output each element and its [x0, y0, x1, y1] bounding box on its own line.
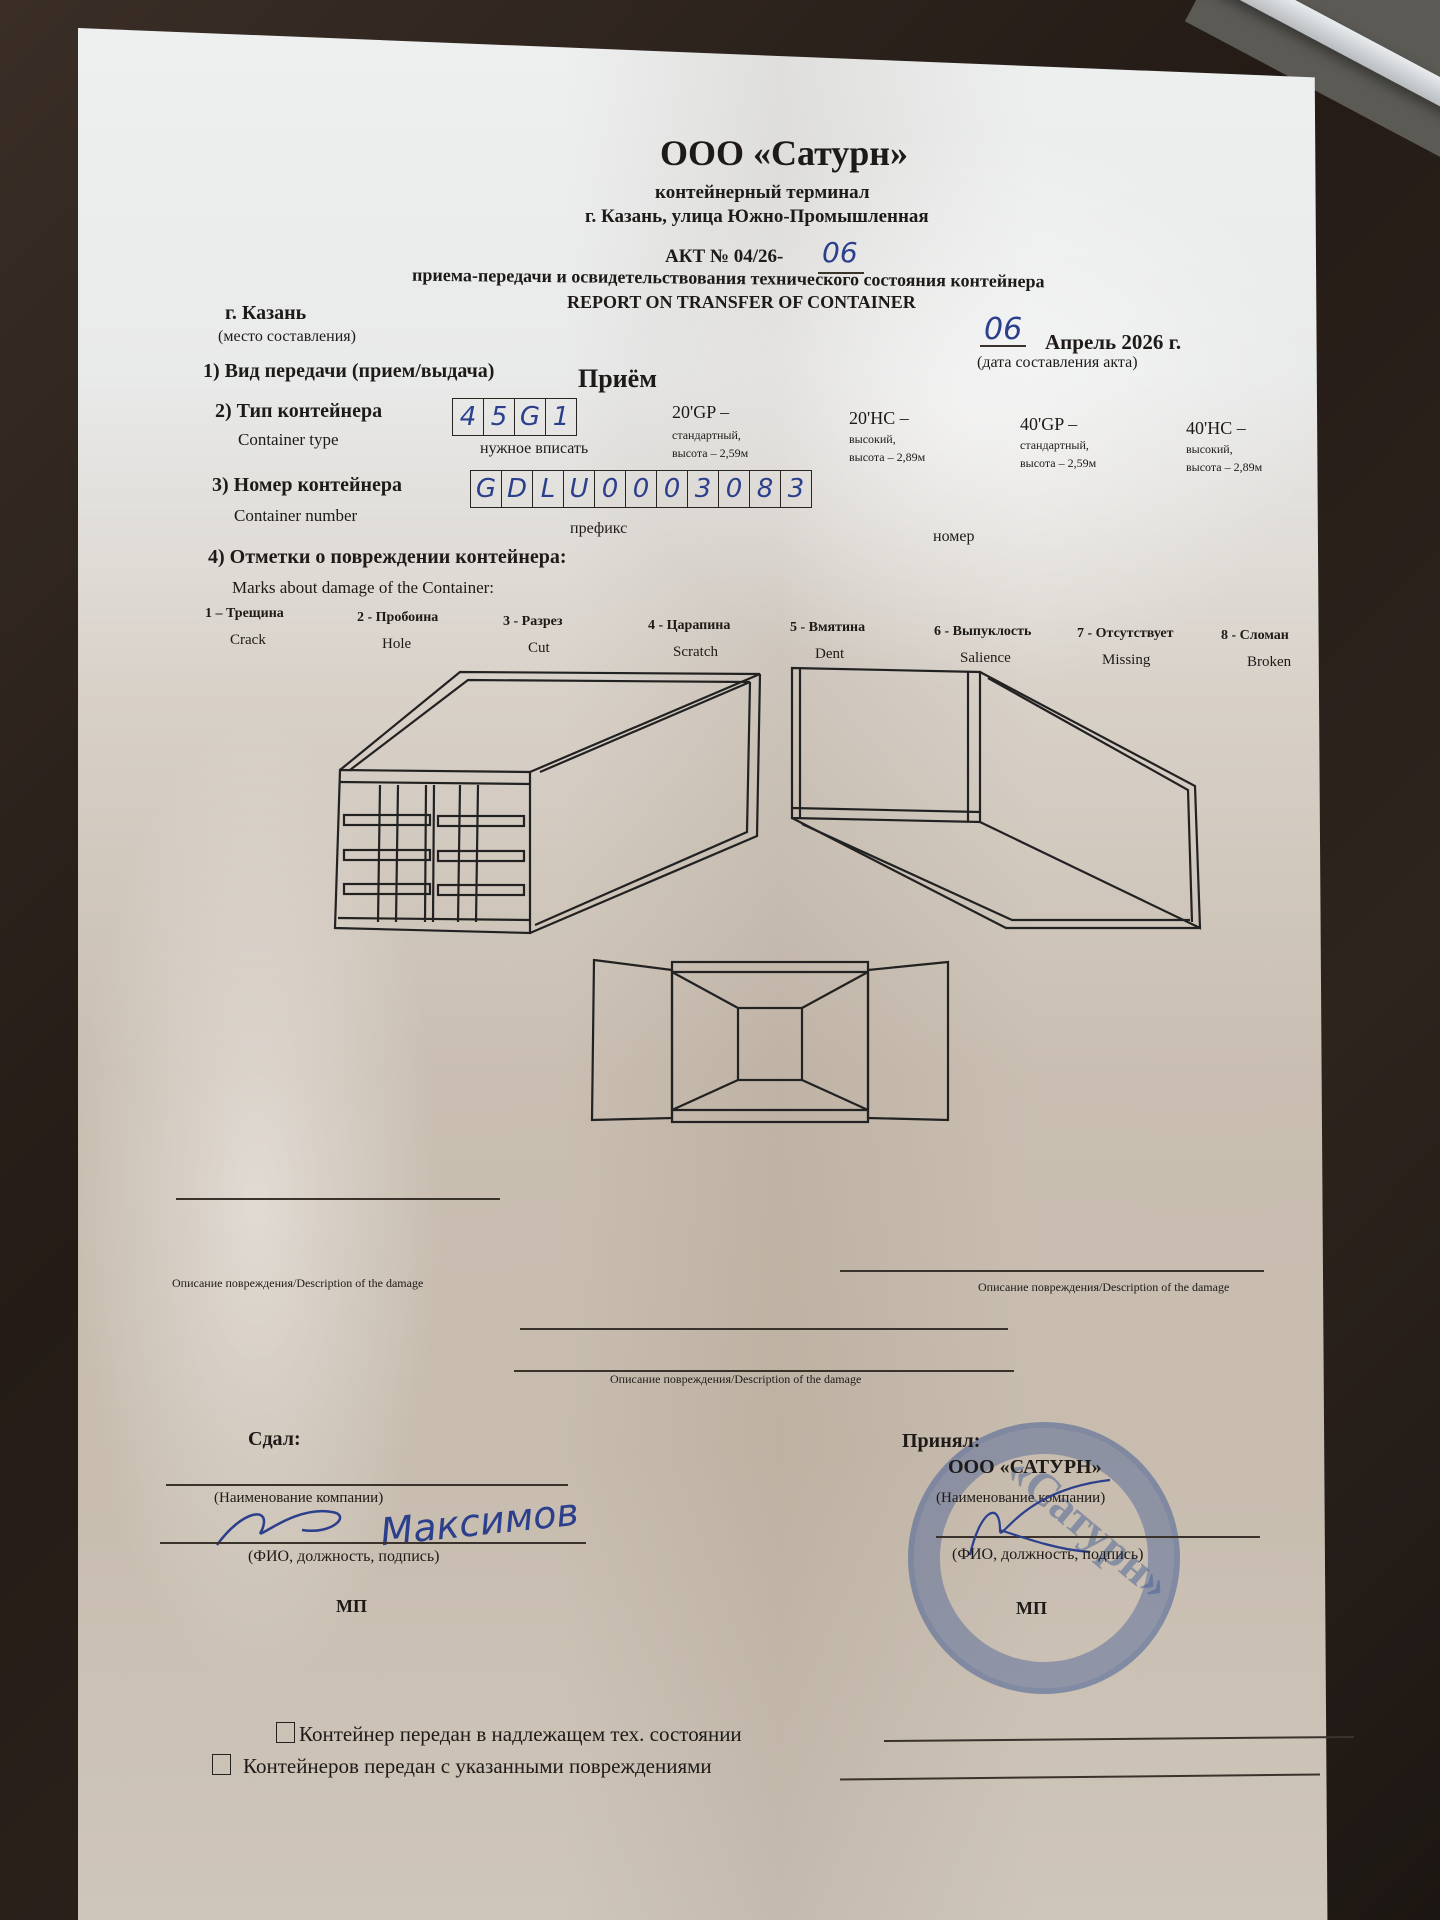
prefix-caption: префикс	[570, 520, 627, 538]
container-type-boxes[interactable]: 4 5 G 1	[452, 398, 577, 436]
company-address: г. Казань, улица Южно-Промышленная	[585, 206, 929, 228]
date-caption: (дата составления акта)	[977, 354, 1138, 372]
damage-description-caption-3: Описание повреждения/Description of the …	[610, 1372, 861, 1387]
number-box[interactable]: 0	[657, 471, 688, 507]
handed-over-person-line[interactable]	[160, 1542, 586, 1544]
checkbox[interactable]	[212, 1754, 231, 1775]
accepted-person-caption: (ФИО, должность, подпись)	[952, 1546, 1144, 1564]
damage-description-line-1[interactable]	[176, 1198, 500, 1200]
handed-over-title: Сдал:	[248, 1428, 301, 1451]
number-box[interactable]: 3	[688, 471, 719, 507]
damage-description-caption-1: Описание повреждения/Description of the …	[172, 1276, 423, 1291]
container-type-label-en: Container type	[238, 430, 339, 450]
number-box[interactable]: 0	[626, 471, 657, 507]
company-subtitle: контейнерный терминал	[655, 182, 870, 204]
damage-code: 2 - Пробоина	[357, 610, 438, 626]
damage-code: 7 - Отсутствует	[1077, 626, 1174, 642]
number-box[interactable]: 3	[781, 471, 811, 507]
checkbox-row-good-condition[interactable]: Контейнер передан в надлежащем тех. сост…	[276, 1722, 742, 1747]
date-day-handwritten: 06	[984, 312, 1022, 347]
date-month-year: Апрель 2026 г.	[1045, 330, 1181, 355]
container-diagram-rear-end[interactable]	[790, 666, 1210, 936]
container-number-boxes[interactable]: G D L U 0 0 0 3 0 8 3	[470, 470, 812, 508]
checkbox-row-with-damage[interactable]: Контейнеров передан с указанными поврежд…	[212, 1754, 712, 1779]
handed-over-company-line[interactable]	[166, 1484, 568, 1486]
damage-code: 5 - Вмятина	[790, 620, 865, 636]
act-title-en: REPORT ON TRANSFER OF CONTAINER	[567, 292, 916, 313]
accepted-title: Принял:	[902, 1430, 980, 1453]
damage-label-en: Marks about damage of the Container:	[232, 578, 494, 598]
checkbox[interactable]	[276, 1722, 295, 1743]
container-diagram-door-end[interactable]	[330, 660, 770, 940]
damage-code: 4 - Царапина	[648, 618, 730, 634]
number-box[interactable]: 8	[750, 471, 781, 507]
damage-description-line-3[interactable]	[520, 1328, 1008, 1330]
container-diagram-top-view[interactable]	[592, 958, 952, 1128]
number-caption: номер	[933, 528, 974, 546]
container-number-label: 3) Номер контейнера	[212, 474, 402, 497]
act-number-label: АКТ № 04/26-	[665, 246, 783, 268]
type-box[interactable]: 4	[453, 399, 484, 435]
transfer-type-label: 1) Вид передачи (прием/выдача)	[203, 360, 494, 383]
place-caption: (место составления)	[218, 328, 356, 346]
container-number-label-en: Container number	[234, 506, 357, 526]
damage-code: 3 - Разрез	[503, 614, 562, 630]
number-box[interactable]: 0	[719, 471, 750, 507]
damage-code: 1 – Трещина	[205, 606, 284, 622]
number-box[interactable]: U	[564, 471, 595, 507]
container-type-hint: нужное вписать	[480, 440, 588, 458]
type-box[interactable]: 5	[484, 399, 515, 435]
container-type-label: 2) Тип контейнера	[215, 400, 382, 423]
number-box[interactable]: D	[502, 471, 533, 507]
handed-over-seal: МП	[336, 1596, 367, 1617]
number-box[interactable]: L	[533, 471, 564, 507]
damage-description-line-2[interactable]	[840, 1270, 1264, 1272]
damage-description-caption-2: Описание повреждения/Description of the …	[978, 1280, 1229, 1295]
handed-over-person-caption: (ФИО, должность, подпись)	[248, 1548, 440, 1566]
damage-code: 6 - Выпуклость	[934, 624, 1031, 640]
accepted-seal: МП	[1016, 1598, 1047, 1619]
number-box[interactable]: G	[471, 471, 502, 507]
place-value: г. Казань	[225, 302, 306, 325]
damage-code: 8 - Сломан	[1221, 628, 1289, 644]
act-number-handwritten: 06	[822, 236, 858, 269]
type-box[interactable]: 1	[546, 399, 576, 435]
transfer-type-value: Приём	[578, 364, 657, 394]
damage-label: 4) Отметки о повреждении контейнера:	[208, 546, 567, 569]
type-box[interactable]: G	[515, 399, 546, 435]
company-title: ООО «Сатурн»	[660, 132, 908, 174]
number-box[interactable]: 0	[595, 471, 626, 507]
